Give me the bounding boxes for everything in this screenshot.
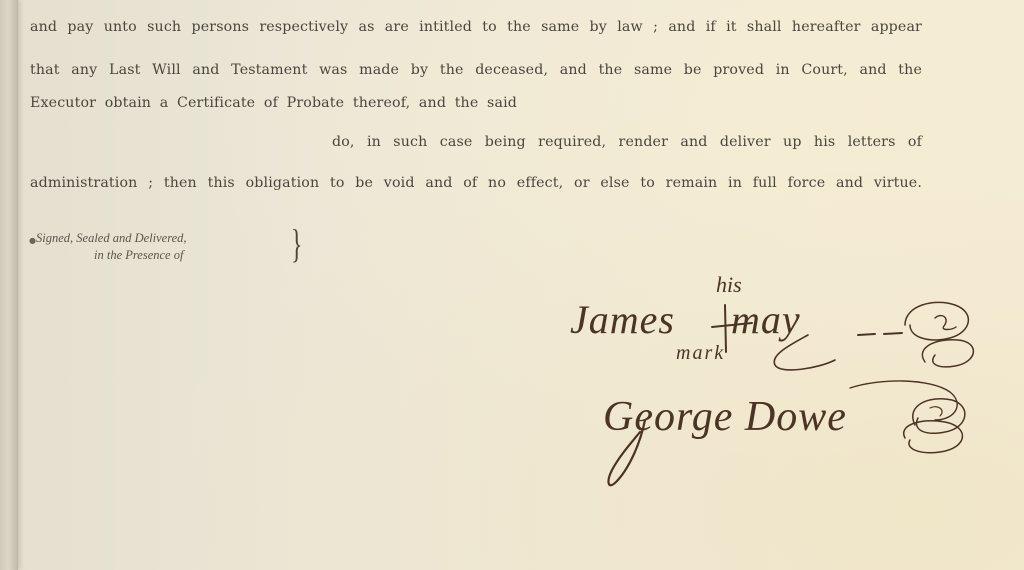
- seal-flourish-1-icon: [905, 302, 973, 367]
- signature-dash: [858, 333, 902, 335]
- printed-line-1: and pay unto such persons respectively a…: [30, 19, 922, 35]
- seal-flourish-2-icon: [850, 381, 965, 453]
- bullet-dot: ●: [29, 236, 36, 245]
- signature-his-label: his: [716, 272, 742, 298]
- signature-mark-label: mark: [676, 342, 725, 365]
- attestation-clause: Signed, Sealed and Delivered, in the Pre…: [36, 230, 187, 264]
- document-page: and pay unto such persons respectively a…: [0, 0, 1024, 570]
- attestation-brace: }: [291, 224, 303, 264]
- signature-george-dowe: George Dowe: [603, 393, 847, 441]
- printed-line-3: Executor obtain a Certificate of Probate…: [30, 95, 517, 111]
- printed-line-2: that any Last Will and Testament was mad…: [30, 62, 922, 78]
- attestation-line-2: in the Presence of: [36, 247, 187, 264]
- attestation-line-1: Signed, Sealed and Delivered,: [36, 230, 187, 247]
- signature-given-name: James: [570, 297, 675, 342]
- bleed-through-text: [790, 235, 793, 273]
- signature-flourishes: [0, 0, 1024, 570]
- printed-line-4: do, in such case being required, render …: [332, 134, 922, 150]
- printed-line-5: administration ; then this obligation to…: [30, 175, 922, 191]
- signature-surname: may: [731, 297, 801, 342]
- page-gutter: [0, 0, 18, 570]
- signature-james-may: James may: [570, 296, 801, 343]
